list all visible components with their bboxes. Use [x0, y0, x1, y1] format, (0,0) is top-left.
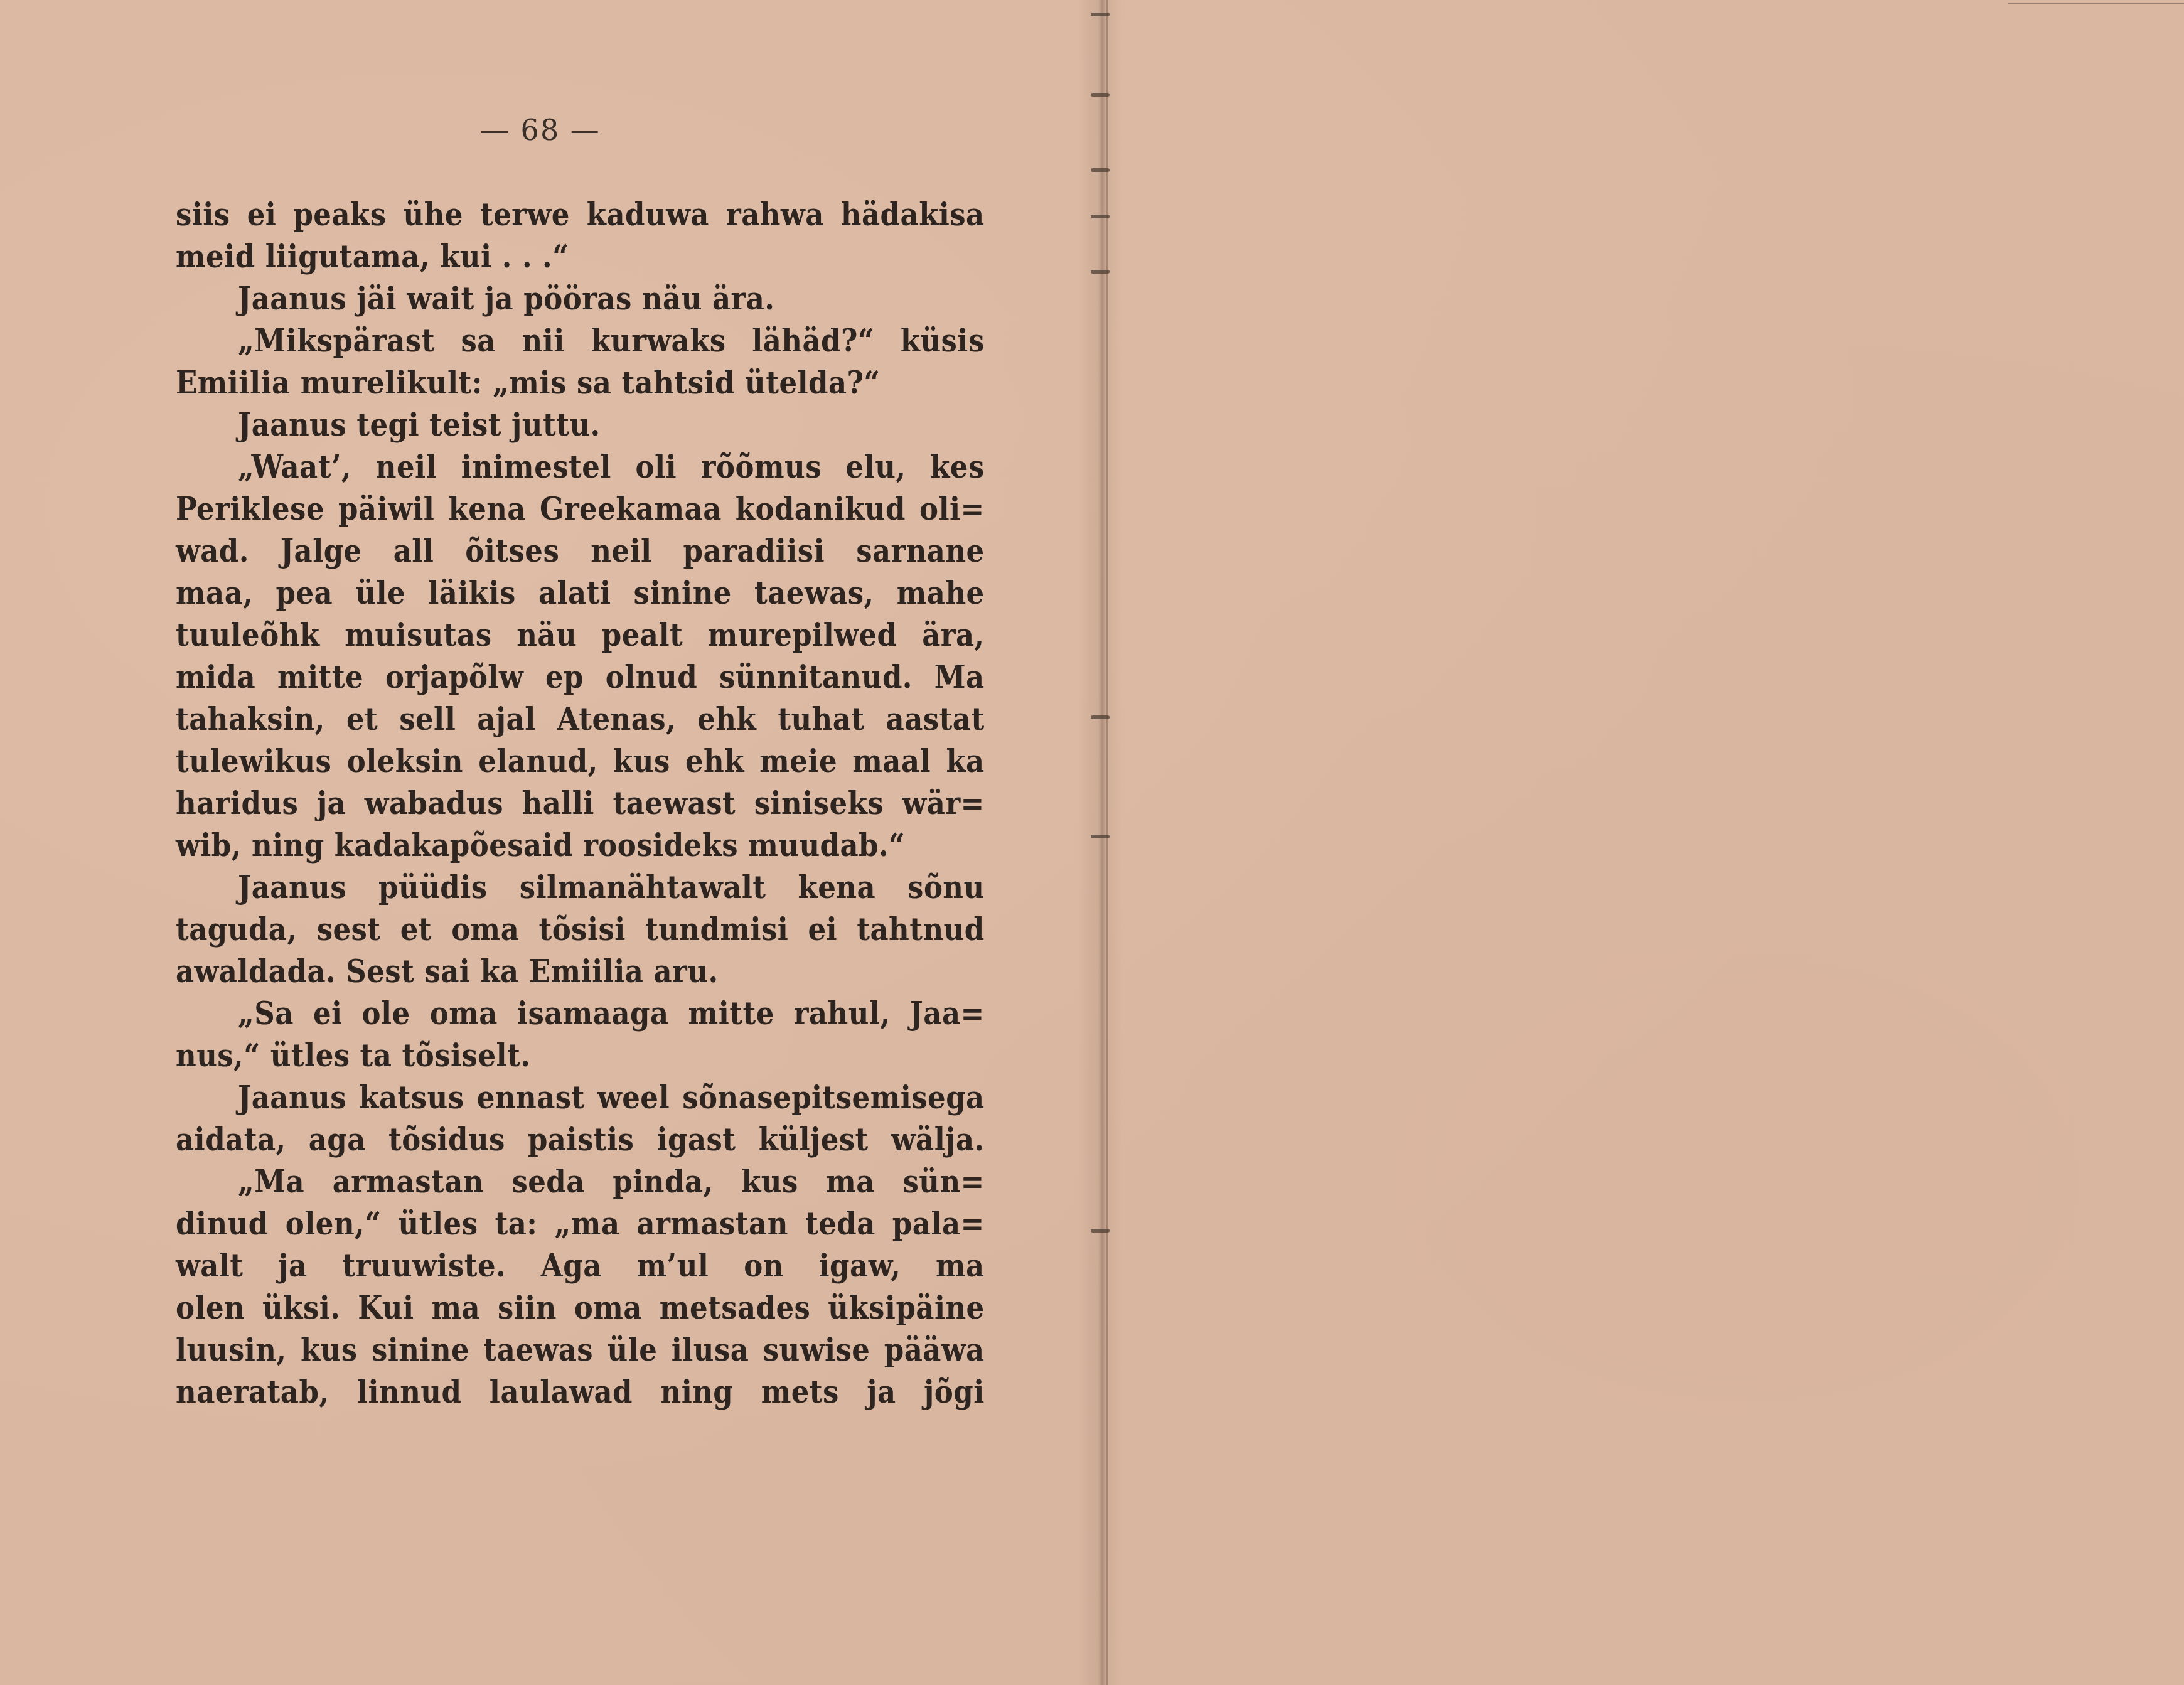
text-line: siis ei peaks ühe terwe kaduwa rahwa häd… — [176, 193, 985, 235]
text-line: Jaanus jäi wait ja pööras näu ära. — [176, 277, 985, 319]
text-line: „Sa ei ole oma isamaaga mitte rahul, Jaa… — [176, 992, 985, 1034]
text-line: tulewikus oleksin elanud, kus ehk meie m… — [176, 740, 985, 782]
text-line: meid liigutama, kui . . .“ — [176, 235, 985, 277]
book-spread: — 68 — siis ei peaks ühe terwe kaduwa ra… — [0, 0, 2184, 1685]
text-line: wib, ning kadakapõesaid roosideks muudab… — [176, 824, 985, 866]
text-line: Emiilia murelikult: „mis sa tahtsid ütel… — [176, 361, 985, 404]
text-line: „Waat’, neil inimestel oli rõõmus elu, k… — [176, 446, 985, 488]
text-line: „Mikspärast sa nii kurwaks lähäd?“ küsis — [176, 319, 985, 361]
text-line: taguda, sest et oma tõsisi tundmisi ei t… — [176, 908, 985, 950]
text-line: Jaanus katsus ennast weel sõnasepitsemis… — [176, 1076, 985, 1118]
text-line: tuuleõhk muisutas näu pealt murepilwed ä… — [176, 614, 985, 656]
text-line: „Ma armastan seda pinda, kus ma sün= — [176, 1160, 985, 1202]
text-line: haridus ja wabadus halli taewast sinisek… — [176, 782, 985, 824]
left-page: — 68 — siis ei peaks ühe terwe kaduwa ra… — [0, 0, 1095, 1685]
text-line: Periklese päiwil kena Greekamaa kodaniku… — [176, 488, 985, 530]
text-line: mida mitte orjapõlw ep olnud sünnitanud.… — [176, 656, 985, 698]
text-line: Jaanus püüdis silmanähtawalt kena sõnu — [176, 866, 985, 908]
text-line: olen üksi. Kui ma siin oma metsades üksi… — [176, 1286, 985, 1329]
text-line: walt ja truuwiste. Aga m’ul on igaw, ma — [176, 1244, 985, 1286]
right-page: — 69 — saladusega kohisewad, siis mu süd… — [1108, 0, 2184, 1685]
text-line: nus,“ ütles ta tõsiselt. — [176, 1034, 985, 1076]
text-line: tahaksin, et sell ajal Atenas, ehk tuhat… — [176, 698, 985, 740]
page-number-68: — 68 — — [480, 113, 601, 147]
text-line: naeratab, linnud laulawad ning mets ja j… — [176, 1371, 985, 1413]
text-line: dinud olen,“ ütles ta: „ma armastan teda… — [176, 1202, 985, 1244]
text-line: wad. Jalge all õitses neil paradiisi sar… — [176, 530, 985, 572]
text-line: maa, pea üle läikis alati sinine taewas,… — [176, 572, 985, 614]
text-line: aidata, aga tõsidus paistis igast küljes… — [176, 1118, 985, 1160]
text-line: Jaanus tegi teist juttu. — [176, 404, 985, 446]
text-line: luusin, kus sinine taewas üle ilusa suwi… — [176, 1329, 985, 1371]
text-line: awaldada. Sest sai ka Emiilia aru. — [176, 950, 985, 992]
left-page-text: siis ei peaks ühe terwe kaduwa rahwa häd… — [176, 193, 985, 1413]
